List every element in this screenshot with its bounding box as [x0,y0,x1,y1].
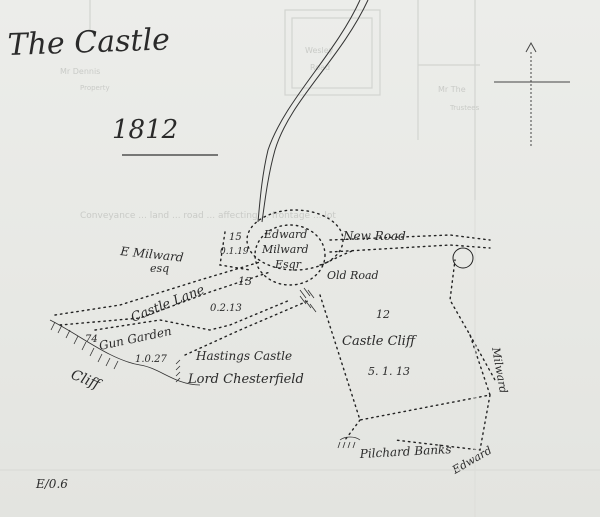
compass-north-arrow-icon [494,43,570,148]
parcel-14-id: 74 [85,334,98,345]
svg-text:Mr Dennis: Mr Dennis [60,67,100,76]
svg-text:Conveyance ... land ... road .: Conveyance ... land ... road ... affecti… [80,211,336,221]
parcel-14-area: 1.0.27 [135,354,167,365]
parcel-12-area: 5. 1. 13 [368,365,410,378]
parcel-13-id: 13 [238,275,252,288]
map-reference: E/0.6 [35,477,68,491]
map-year: 1812 [112,115,178,145]
label-edward-right: Edward [449,444,494,477]
label-old-road: Old Road [327,269,379,282]
cliff-hatching [50,288,360,448]
hand-drawn-map: Mr Dennis Property Wesley Road Mr The Tr… [0,0,600,517]
label-gun-garden: Gun Garden [98,324,173,353]
parcel-12-id: 12 [376,308,390,321]
label-pilchard-banks: Pilchard Banks [358,442,451,461]
parcel-13-area: 0.2.13 [210,303,242,314]
label-castle-lane: Castle Lane [129,282,207,325]
label-e-milward-esq: esq [150,262,169,275]
label-milward: Milward [261,243,309,256]
label-lord-chesterfield: Lord Chesterfield [187,372,304,387]
svg-text:Mr The: Mr The [438,85,466,94]
label-castle-cliff: Castle Cliff [342,334,418,349]
label-new-road: New Road [342,229,406,243]
label-milward-right: Milward [489,345,510,394]
label-esqr: Esqr [274,258,302,271]
svg-text:Property: Property [80,84,110,92]
label-edward: Edward [263,228,307,241]
label-hastings-castle: Hastings Castle [195,349,292,363]
svg-text:Trustees: Trustees [449,104,480,112]
map-sheet: Mr Dennis Property Wesley Road Mr The Tr… [0,0,600,517]
label-cliff: Cliff [69,367,104,394]
roads [258,0,368,222]
map-labels: E Milward esq 15 0.1.19 Edward Milward E… [69,228,510,477]
parcel-15-area: 0.1.19 [220,247,249,257]
map-title: The Castle [7,22,170,63]
parcel-15-id: 15 [229,232,242,243]
